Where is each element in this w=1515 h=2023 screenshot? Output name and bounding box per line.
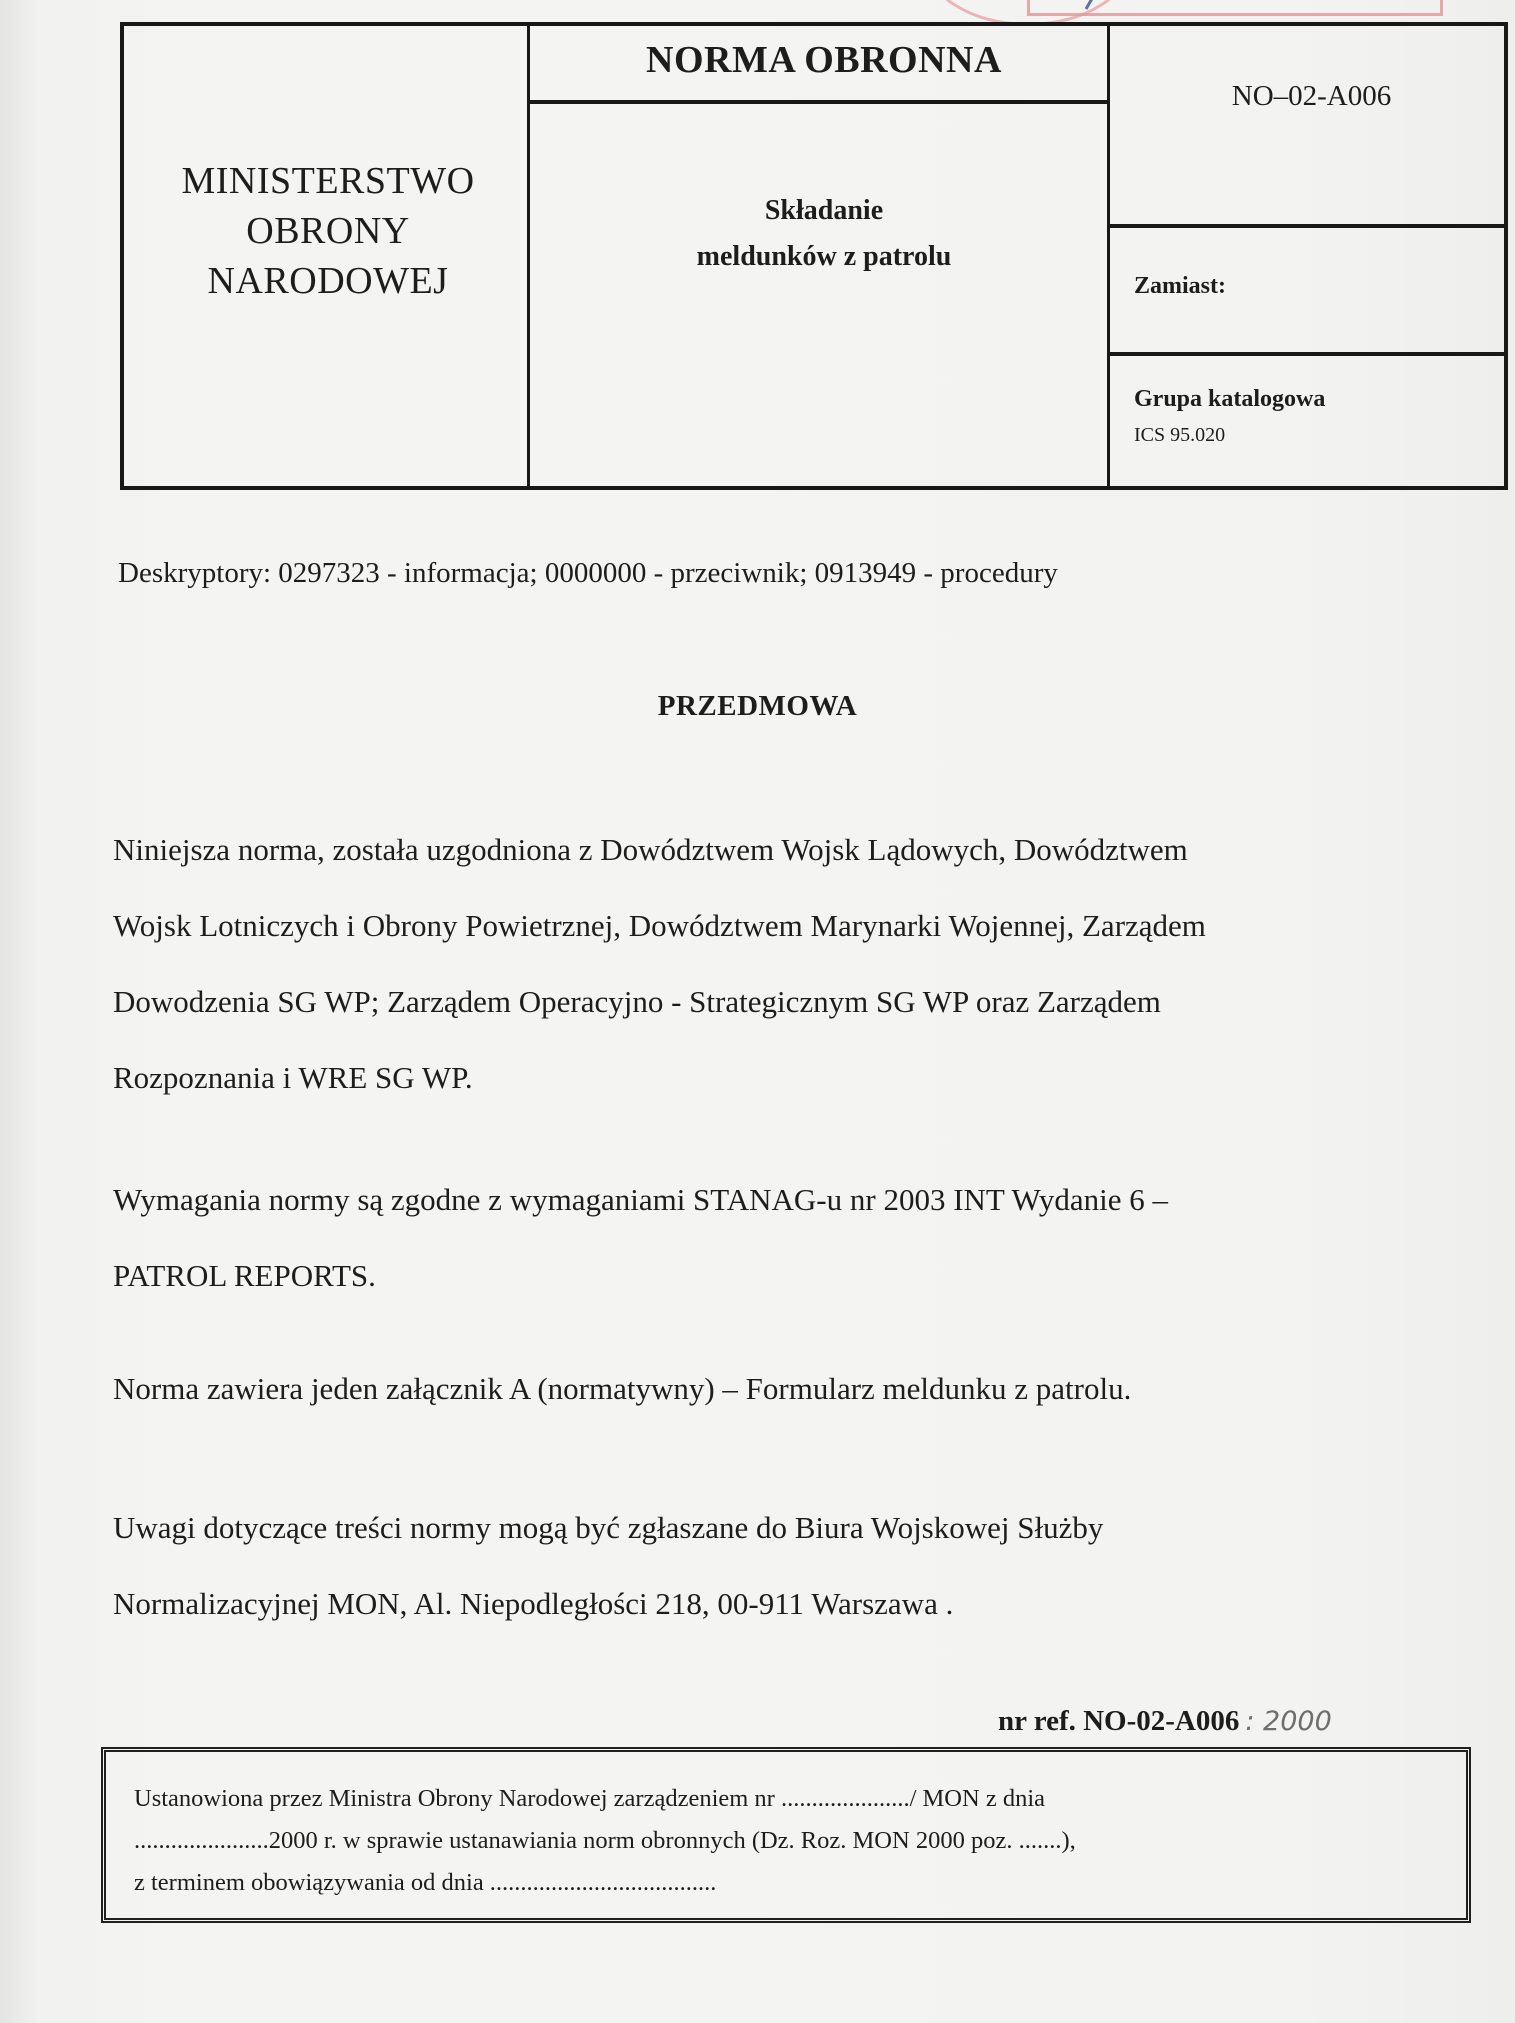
paragraph-line: Wymagania normy są zgodne z wymaganiami … <box>113 1162 1503 1238</box>
document-title-line: meldunków z patrolu <box>534 234 1114 280</box>
establishment-line: Ustanowiona przez Ministra Obrony Narodo… <box>134 1778 1444 1820</box>
handwritten-year: : 2000 <box>1245 1706 1331 1737</box>
document-number: NO–02-A006 <box>1114 80 1509 113</box>
ministry-line: MINISTERSTWO <box>128 156 528 206</box>
establishment-text: Ustanowiona przez Ministra Obrony Narodo… <box>134 1778 1444 1904</box>
reference-label: nr ref. NO-02-A006 <box>998 1705 1239 1737</box>
paragraph-line: Rozpoznania i WRE SG WP. <box>113 1040 1503 1116</box>
establishment-line: z terminem obowiązywania od dnia .......… <box>134 1862 1444 1904</box>
document-title-line: Składanie <box>534 188 1114 234</box>
descriptors: Deskryptory: 0297323 - informacja; 00000… <box>118 557 1058 590</box>
paragraph-line: Niniejsza norma, została uzgodniona z Do… <box>113 812 1503 888</box>
ministry-name: MINISTERSTWO OBRONY NARODOWEJ <box>128 156 528 306</box>
preface-paragraph-comments: Uwagi dotyczące treści normy mogą być zg… <box>113 1490 1503 1642</box>
norm-type: NORMA OBRONNA <box>534 38 1114 82</box>
preface-paragraph-annex: Norma zawiera jeden załącznik A (normaty… <box>113 1351 1503 1427</box>
establishment-line: ......................2000 r. w sprawie … <box>134 1820 1444 1862</box>
paragraph-line: Wojsk Lotniczych i Obrony Powietrznej, D… <box>113 888 1503 964</box>
doc-number-divider <box>1107 224 1508 228</box>
catalog-group-label: Grupa katalogowa <box>1134 386 1325 413</box>
paragraph-line: Norma zawiera jeden załącznik A (normaty… <box>113 1351 1503 1427</box>
replaces-divider <box>1107 352 1508 356</box>
preface-paragraph-agreement: Niniejsza norma, została uzgodniona z Do… <box>113 812 1503 1116</box>
paragraph-line: PATROL REPORTS. <box>113 1238 1503 1314</box>
preface-paragraph-requirements: Wymagania normy są zgodne z wymaganiami … <box>113 1162 1503 1314</box>
replaces-label: Zamiast: <box>1134 273 1226 300</box>
preface-heading: PRZEDMOWA <box>0 690 1515 723</box>
ministry-line: OBRONY <box>128 206 528 256</box>
establishment-box: Ustanowiona przez Ministra Obrony Narodo… <box>101 1747 1471 1923</box>
reference-number: nr ref. NO-02-A006: 2000 <box>998 1705 1332 1738</box>
paragraph-line: Dowodzenia SG WP; Zarządem Operacyjno - … <box>113 964 1503 1040</box>
ministry-line: NARODOWEJ <box>128 256 528 306</box>
catalog-group-value: ICS 95.020 <box>1134 424 1225 447</box>
paragraph-line: Normalizacyjnej MON, Al. Niepodległości … <box>113 1566 1503 1642</box>
paragraph-line: Uwagi dotyczące treści normy mogą być zg… <box>113 1490 1503 1566</box>
header-box: MINISTERSTWO OBRONY NARODOWEJ NORMA OBRO… <box>120 22 1508 490</box>
norm-type-divider <box>527 100 1109 104</box>
document-title: Składanie meldunków z patrolu <box>534 188 1114 280</box>
